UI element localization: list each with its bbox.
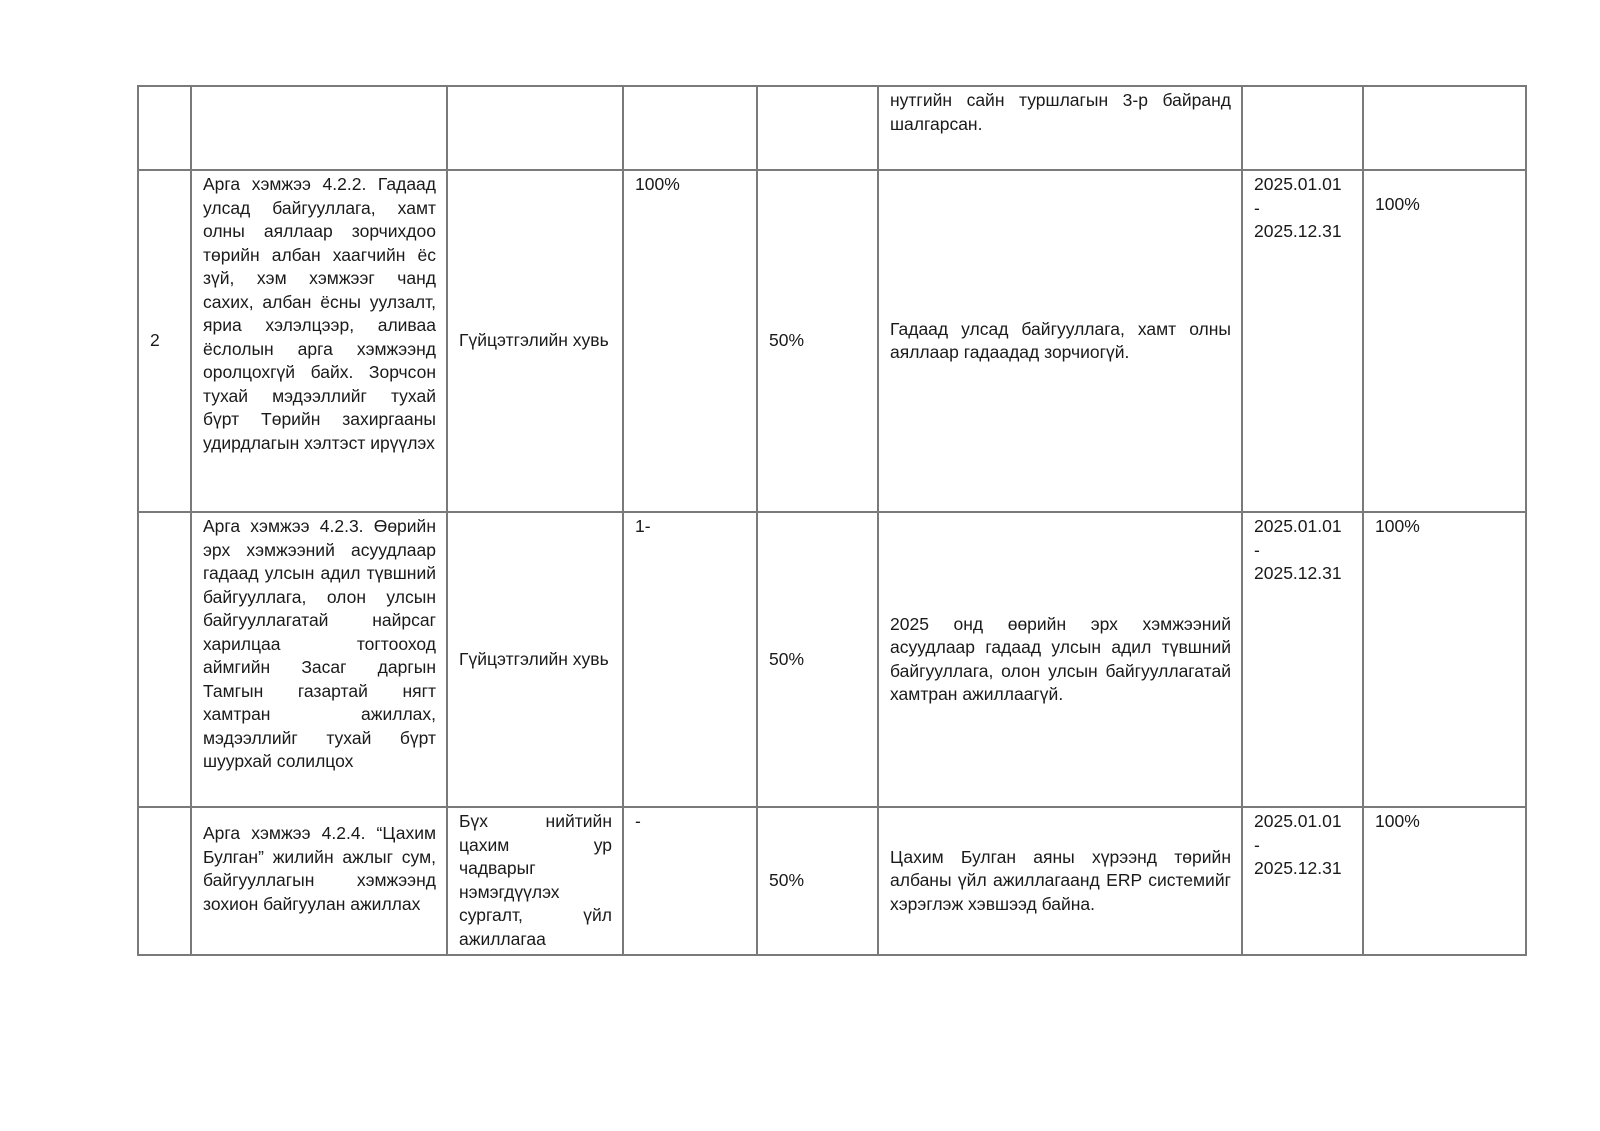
period-start: 2025.01.01	[1254, 515, 1352, 539]
baseline-cell: -	[623, 807, 757, 955]
baseline-cell: 100%	[623, 170, 757, 512]
completion-cell: 100%	[1363, 807, 1526, 955]
row-number-cell	[138, 86, 191, 170]
target-cell: 50%	[757, 807, 878, 955]
document-page: нутгийн сайн туршлагын 3-р байранд шалга…	[0, 0, 1600, 1131]
target-cell: 50%	[757, 512, 878, 807]
table-row: Арга хэмжээ 4.2.3. Өөрийн эрх хэмжээний …	[138, 512, 1526, 807]
period-separator: -	[1254, 834, 1352, 858]
result-cell: нутгийн сайн туршлагын 3-р байранд шалга…	[878, 86, 1242, 170]
period-cell: 2025.01.01 - 2025.12.31	[1242, 512, 1363, 807]
action-plan-table: нутгийн сайн туршлагын 3-р байранд шалга…	[137, 85, 1527, 956]
indicator-cell: Бүх нийтийн цахим ур чадварыг нэмэгдүүлэ…	[447, 807, 623, 955]
indicator-cell: Гүйцэтгэлийн хувь	[447, 170, 623, 512]
completion-cell: 100%	[1363, 512, 1526, 807]
period-separator: -	[1254, 197, 1352, 221]
period-start: 2025.01.01	[1254, 810, 1352, 834]
period-start: 2025.01.01	[1254, 173, 1352, 197]
table-row: нутгийн сайн туршлагын 3-р байранд шалга…	[138, 86, 1526, 170]
period-cell	[1242, 86, 1363, 170]
measure-cell: Арга хэмжээ 4.2.2. Гадаад улсад байгуулл…	[191, 170, 447, 512]
indicator-cell: Гүйцэтгэлийн хувь	[447, 512, 623, 807]
measure-cell: Арга хэмжээ 4.2.3. Өөрийн эрх хэмжээний …	[191, 512, 447, 807]
table-row: 2 Арга хэмжээ 4.2.2. Гадаад улсад байгуу…	[138, 170, 1526, 512]
target-cell: 50%	[757, 170, 878, 512]
period-end: 2025.12.31	[1254, 562, 1352, 586]
measure-cell: Арга хэмжээ 4.2.4. “Цахим Булган” жилийн…	[191, 807, 447, 955]
baseline-cell	[623, 86, 757, 170]
period-cell: 2025.01.01 - 2025.12.31	[1242, 170, 1363, 512]
result-cell: Гадаад улсад байгууллага, хамт олны аялл…	[878, 170, 1242, 512]
target-cell	[757, 86, 878, 170]
baseline-cell: 1-	[623, 512, 757, 807]
row-number-cell: 2	[138, 170, 191, 512]
completion-cell: 100%	[1363, 170, 1526, 512]
period-cell: 2025.01.01 - 2025.12.31	[1242, 807, 1363, 955]
row-number-cell	[138, 807, 191, 955]
period-end: 2025.12.31	[1254, 857, 1352, 881]
row-number-cell	[138, 512, 191, 807]
period-separator: -	[1254, 539, 1352, 563]
completion-cell	[1363, 86, 1526, 170]
table-row: Арга хэмжээ 4.2.4. “Цахим Булган” жилийн…	[138, 807, 1526, 955]
period-end: 2025.12.31	[1254, 220, 1352, 244]
measure-cell	[191, 86, 447, 170]
result-cell: 2025 онд өөрийн эрх хэмжээний асуудлаар …	[878, 512, 1242, 807]
result-cell: Цахим Булган аяны хүрээнд төрийн албаны …	[878, 807, 1242, 955]
indicator-cell	[447, 86, 623, 170]
